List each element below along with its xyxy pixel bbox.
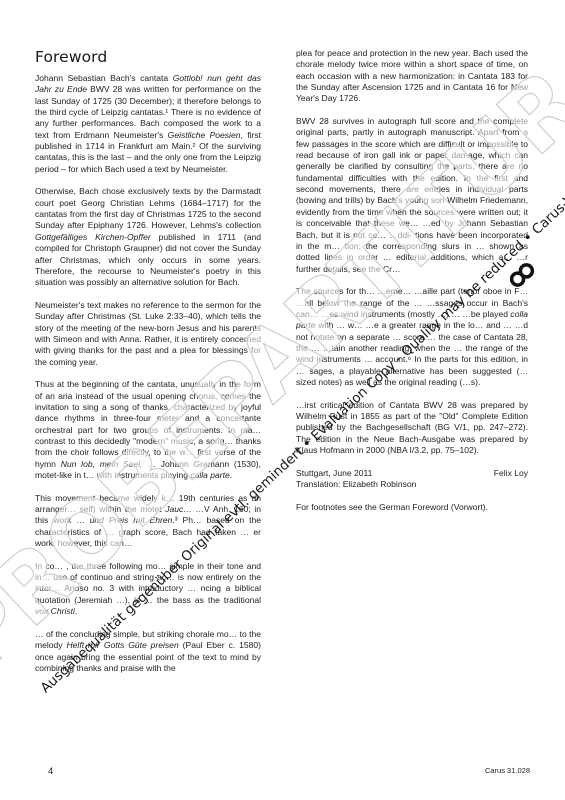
page-title: Foreword	[35, 48, 107, 66]
catalog-number: Carus 31.028	[485, 766, 530, 775]
paragraph: Johann Sebastian Bach's cantata Gottlob!…	[35, 73, 261, 175]
paragraph: Neumeister's text makes no reference to …	[35, 300, 261, 368]
paragraph: This movement became widely k… 19th cent…	[35, 493, 261, 550]
document-page: Foreword Johann Sebastian Bach's cantata…	[0, 0, 565, 800]
page-number: 4	[48, 766, 53, 777]
footnote-note: For footnotes see the German Foreword (V…	[296, 502, 528, 513]
paragraph: plea for peace and protection in the new…	[296, 48, 528, 105]
paragraph: Otherwise, Bach chose exclusively texts …	[35, 186, 261, 288]
left-column: Johann Sebastian Bach's cantata Gottlob!…	[35, 73, 261, 686]
paragraph: Thus at the beginning of the cantata, un…	[35, 379, 261, 481]
paragraph: …irst critical edition of Cantata BWV 28…	[296, 400, 528, 457]
place-date: Stuttgart, June 2011	[296, 468, 372, 479]
paragraph: In co… , the three following mo… simple …	[35, 561, 261, 618]
paragraph: BWV 28 survives in autograph full score …	[296, 116, 528, 275]
paragraph: The sources for th… …eme… …aille part (t…	[296, 286, 528, 388]
author-name: Felix Loy	[494, 468, 528, 479]
translator-credit: Translation: Elizabeth Robinson	[296, 479, 528, 490]
right-column: plea for peace and protection in the new…	[296, 48, 528, 524]
signature-line: Stuttgart, June 2011 Felix Loy	[296, 468, 528, 479]
paragraph: … of the concluding simple, but striking…	[35, 629, 261, 674]
